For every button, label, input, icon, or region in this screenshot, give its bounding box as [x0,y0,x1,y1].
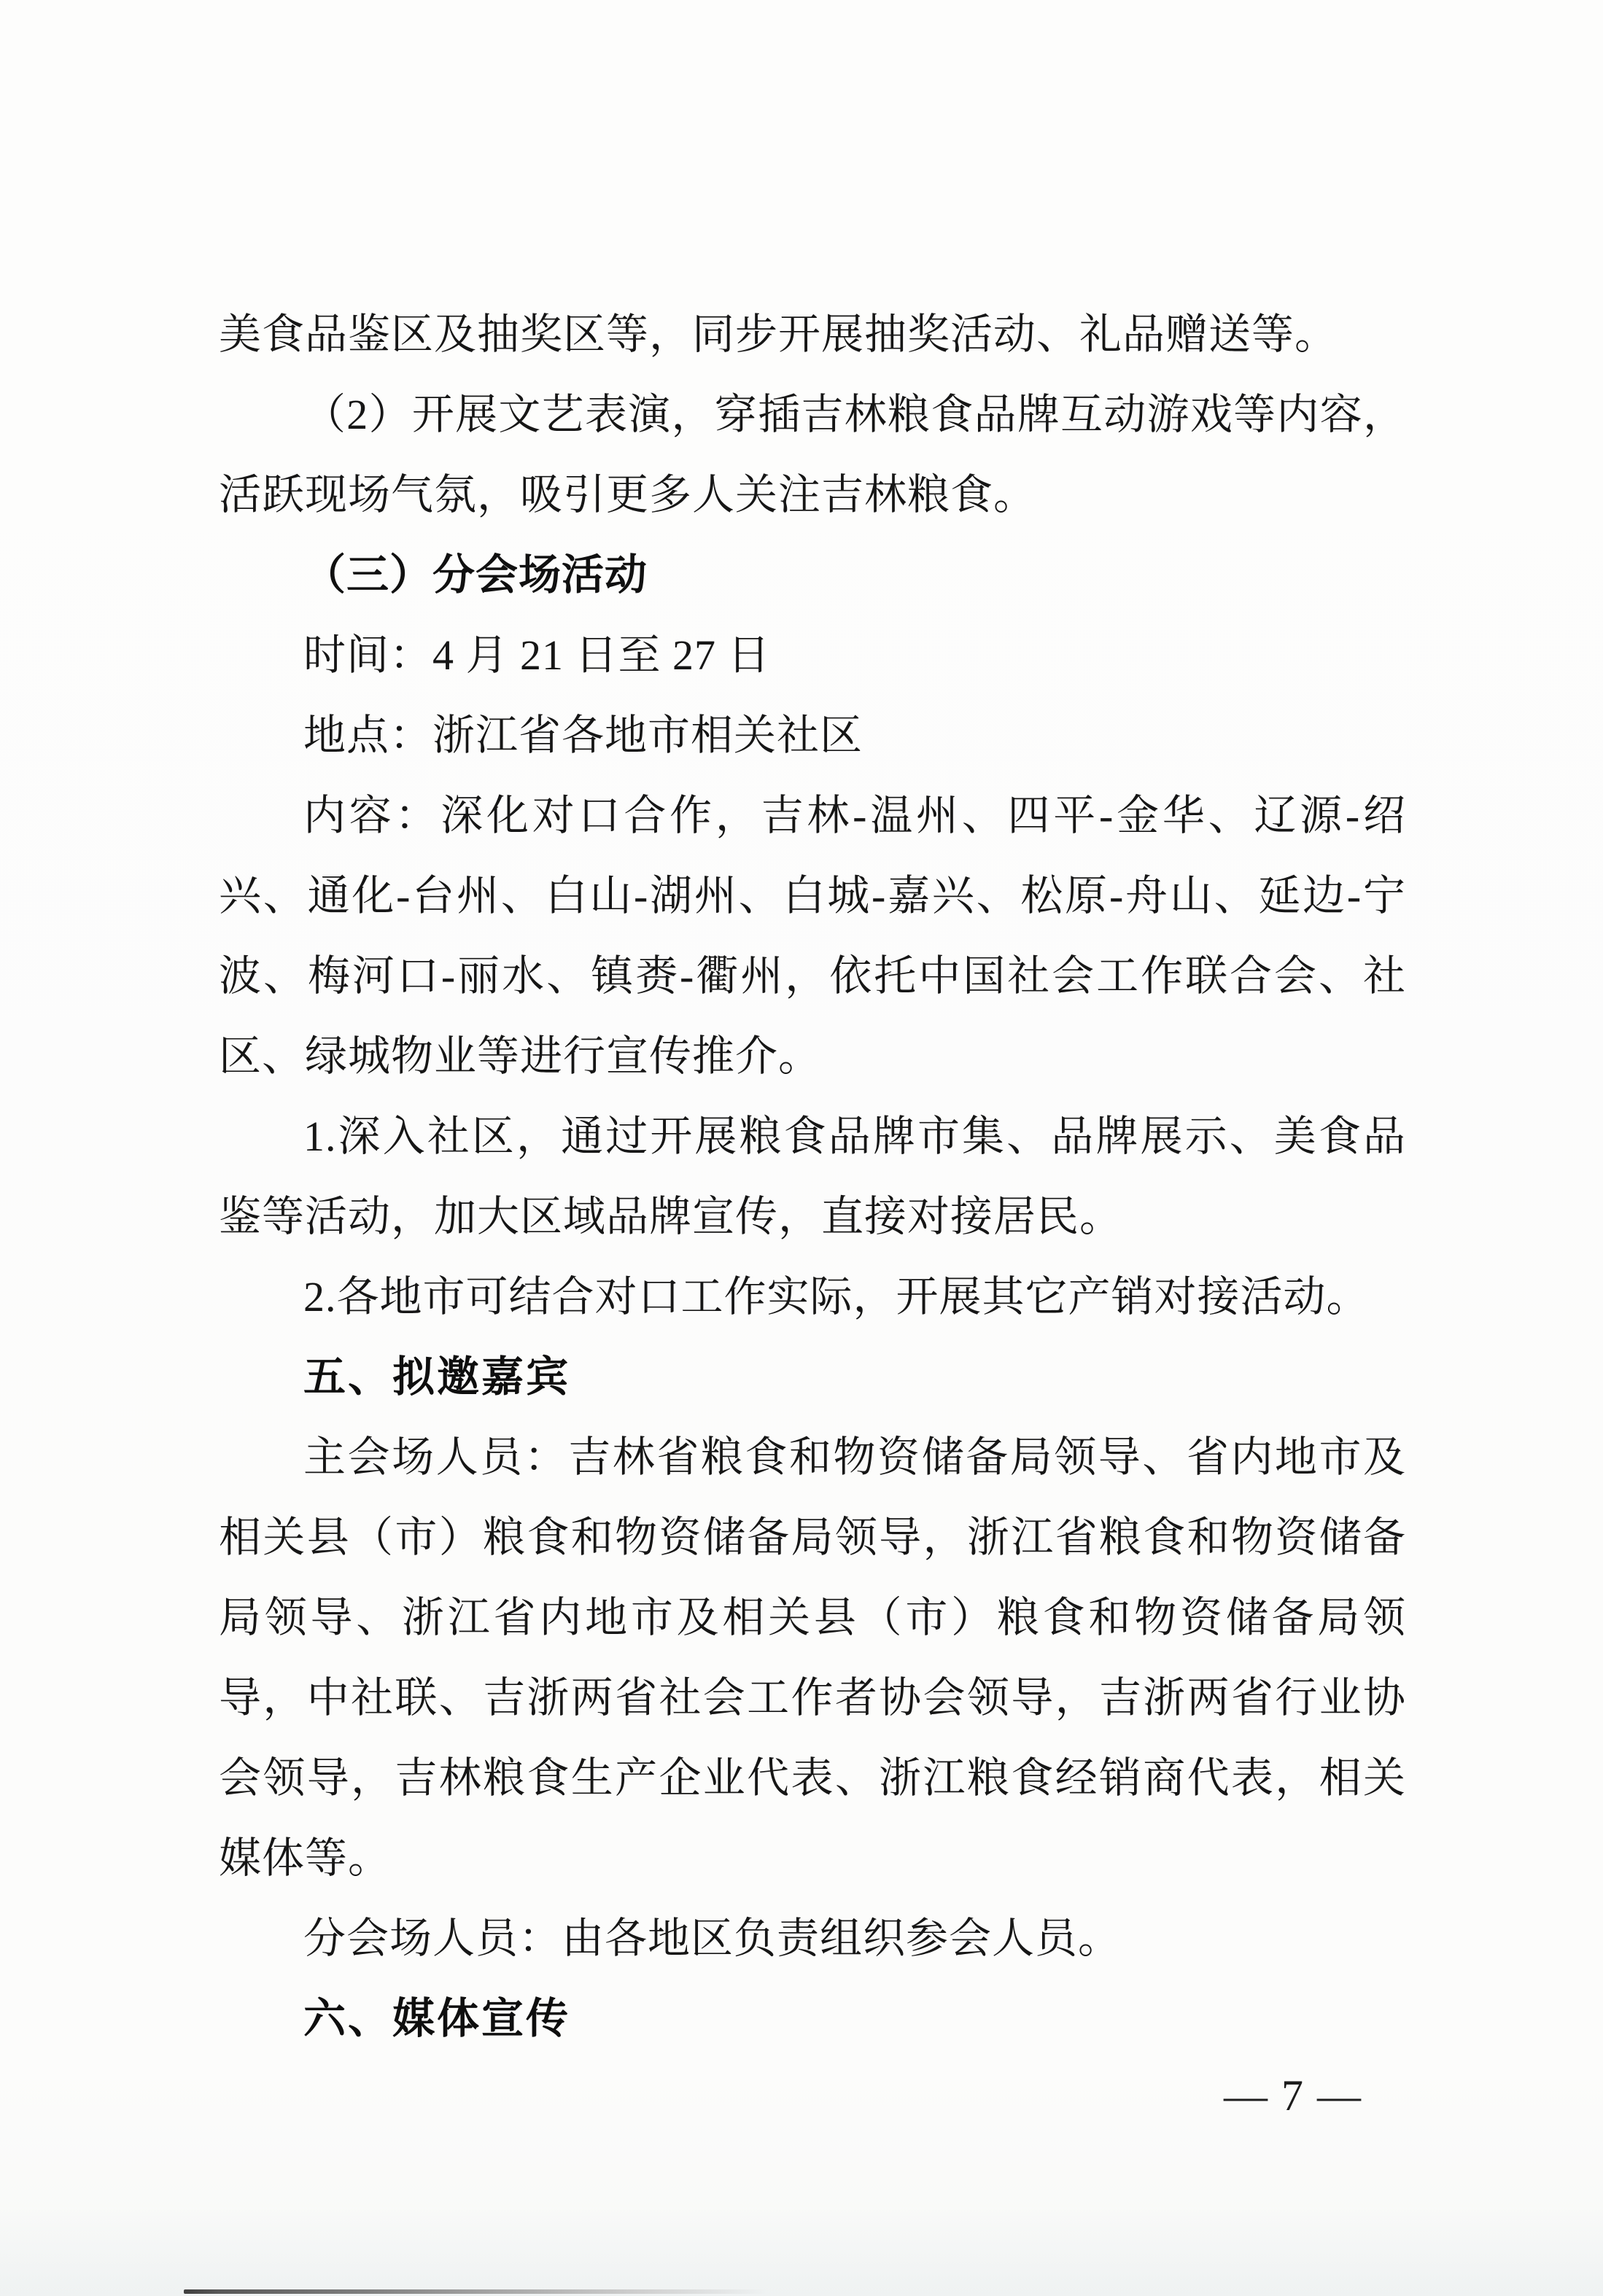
scan-bed-tint [0,2209,1603,2296]
paragraph-2-local-city-activities: 2.各地市可结合对口工作实际，开展其它产销对接活动。 [219,1257,1406,1337]
heading-3-branch-venue-activities: （三）分会场活动 [219,535,1406,615]
page-number: — 7 — [1224,2071,1362,2120]
paragraph-content-city-pairings: 内容：深化对口合作，吉林-温州、四平-金华、辽源-绍兴、通化-台州、白山-湖州、… [219,776,1406,1097]
paragraph-main-venue-personnel: 主会场人员：吉林省粮食和物资储备局领导、省内地市及相关县（市）粮食和物资储备局领… [219,1417,1406,1899]
heading-5-invited-guests: 五、拟邀嘉宾 [219,1337,1406,1417]
paragraph-time: 时间：4 月 21 日至 27 日 [219,615,1406,696]
document-body: 美食品鉴区及抽奖区等，同步开展抽奖活动、礼品赠送等。 （2）开展文艺表演，穿插吉… [219,295,1406,2059]
paragraph-food-tasting-zones: 美食品鉴区及抽奖区等，同步开展抽奖活动、礼品赠送等。 [219,295,1406,375]
scanned-document-page: 美食品鉴区及抽奖区等，同步开展抽奖活动、礼品赠送等。 （2）开展文艺表演，穿插吉… [0,0,1603,2296]
heading-6-media-publicity: 六、媒体宣传 [219,1979,1406,2059]
paragraph-location: 地点：浙江省各地市相关社区 [219,696,1406,776]
paragraph-2-performances: （2）开展文艺表演，穿插吉林粮食品牌互动游戏等内容，活跃现场气氛，吸引更多人关注… [219,375,1406,535]
paragraph-branch-venue-personnel: 分会场人员：由各地区负责组织参会人员。 [219,1899,1406,1979]
paragraph-1-community-outreach: 1.深入社区，通过开展粮食品牌市集、品牌展示、美食品鉴等活动，加大区域品牌宣传，… [219,1097,1406,1257]
page-footer: — 7 — [1202,2066,1384,2125]
scan-edge-artifact [184,2289,767,2294]
